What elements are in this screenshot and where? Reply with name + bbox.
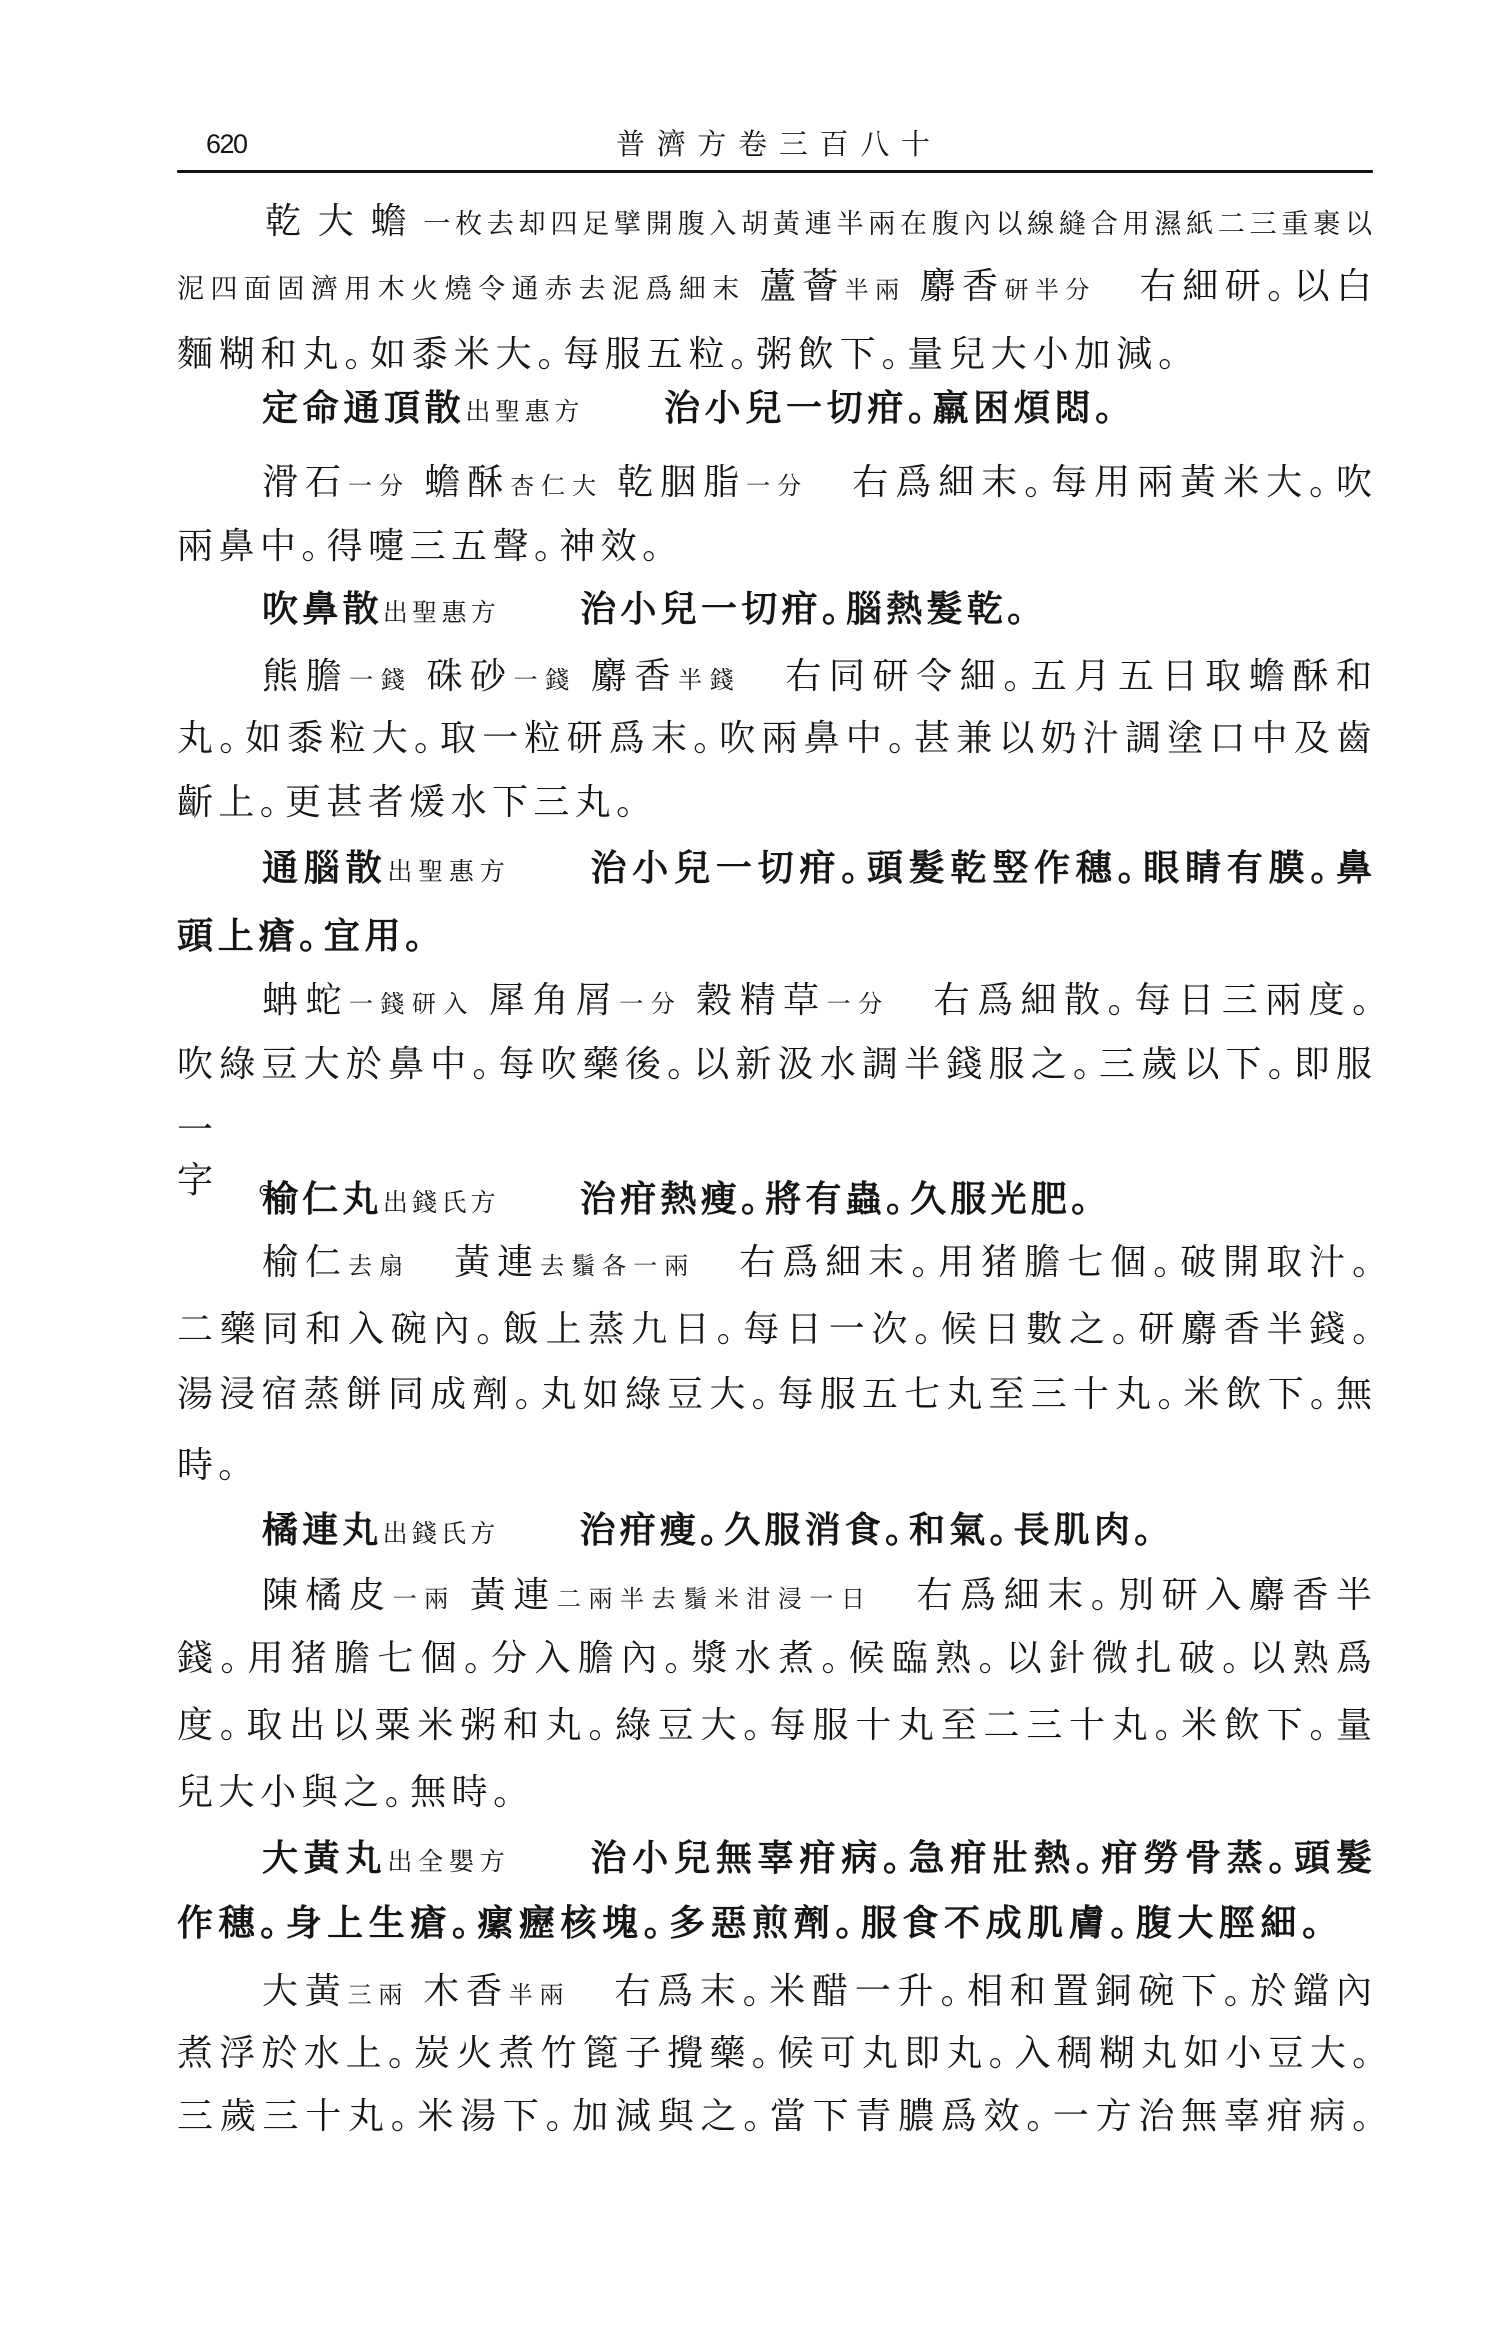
- instruction-text: 湯浸宿蒸餅同成劑。丸如綠豆大。每服五七丸至三十丸。米飲下。無: [177, 1374, 1372, 1415]
- ingredient-amount: 三兩: [348, 1981, 410, 2009]
- ingredient-name: 乾胭脂: [617, 462, 746, 503]
- instruction-text: 右爲細末。別研入麝香半: [917, 1575, 1372, 1616]
- ingredient-name: 大黃: [262, 1971, 348, 2012]
- ingredient-amount: 杏仁大: [510, 472, 603, 500]
- formula-source: 出聖惠方: [465, 397, 584, 426]
- formula-indication: 頭上瘡。宜用。: [177, 916, 425, 957]
- text-line: 一字。: [177, 1106, 278, 1156]
- formula-source: 出錢氏方: [383, 1188, 500, 1217]
- instruction-text: 二藥同和入碗內。飯上蒸九日。每日一次。候日數之。研麝香半錢。: [177, 1309, 1372, 1350]
- ingredient-name: 硃砂: [426, 656, 513, 697]
- text-line: 泥四面固濟用木火燒令通赤去泥爲細末蘆薈半兩麝香研半分右細研。以白: [177, 262, 1372, 312]
- formula-heading: 大黃丸出全嬰方治小兒無辜疳病。急疳壯熱。疳勞骨蒸。頭髮: [262, 1834, 1372, 1884]
- ingredient-name: 蟾酥: [424, 462, 510, 503]
- text-line: 兒大小與之。無時。: [177, 1768, 513, 1818]
- formula-indication: 作穗。身上生瘡。瘰癧核塊。多惡煎劑。服食不成肌膚。腹大脛細。: [177, 1903, 1322, 1944]
- ingredient-amount: 半兩: [509, 1981, 571, 2009]
- ingredient-amount: 半錢: [678, 666, 741, 694]
- ingredient-name: 乾大蟾: [265, 201, 423, 242]
- formula-source: 出聖惠方: [387, 857, 510, 886]
- formula-indication: 治小兒無辜疳病。急疳壯熱。疳勞骨蒸。頭髮: [591, 1838, 1372, 1879]
- instruction-text: 右同研令細。五月五日取蟾酥和: [785, 656, 1372, 697]
- instruction-text: 齗上。更甚者煖水下三丸。: [177, 782, 636, 823]
- ingredient-amount: 二兩半去鬚米泔浸一日: [557, 1585, 873, 1613]
- formula-heading: 榆仁丸出錢氏方治疳熱瘦。將有蟲。久服光肥。: [262, 1175, 1091, 1225]
- formula-heading: 橘連丸出錢氏方治疳瘦。久服消食。和氣。長肌肉。: [262, 1506, 1154, 1556]
- instruction-text: 右爲細末。每用兩黃米大。吹: [852, 462, 1372, 503]
- ingredient-name: 滑石: [262, 462, 348, 503]
- ingredient-line: 蚺蛇一錢研入犀角屑一分穀精草一分右爲細散。每日三兩度。: [262, 976, 1372, 1026]
- ingredient-name: 犀角屑: [489, 980, 619, 1021]
- ingredient-line: 榆仁去扇黃連去鬚各一兩右爲細末。用猪膽七個。破開取汁。: [262, 1238, 1372, 1288]
- formula-name: 榆仁丸: [262, 1179, 383, 1220]
- instruction-text: 吹綠豆大於鼻中。每吹藥後。以新汲水調半錢服之。三歲以下。即服: [177, 1044, 1372, 1085]
- formula-indication: 治疳瘦。久服消食。和氣。長肌肉。: [579, 1510, 1153, 1551]
- ingredient-line: 陳橘皮一兩黃連二兩半去鬚米泔浸一日右爲細末。別研入麝香半: [262, 1571, 1372, 1621]
- ingredient-amount: 一分: [827, 990, 890, 1018]
- ingredient-amount: 一分: [348, 472, 410, 500]
- instruction-text: 時。: [177, 1445, 238, 1486]
- ingredient-name: 黃連: [454, 1242, 540, 1283]
- formula-source: 出聖惠方: [383, 598, 500, 627]
- text-line: 錢。用猪膽七個。分入膽內。漿水煮。候臨熟。以針微扎破。以熟爲: [177, 1634, 1372, 1684]
- formula-source: 出全嬰方: [387, 1847, 510, 1876]
- formula-indication: 治疳熱瘦。將有蟲。久服光肥。: [580, 1179, 1091, 1220]
- ingredient-amount: 去鬚各一兩: [540, 1252, 695, 1280]
- formula-name: 通腦散: [262, 848, 387, 889]
- text-line: 湯浸宿蒸餅同成劑。丸如綠豆大。每服五七丸至三十丸。米飲下。無: [177, 1370, 1372, 1420]
- instruction-text: 兩鼻中。得嚏三五聲。神效。: [177, 526, 662, 567]
- ingredient-line: 滑石一分蟾酥杏仁大乾胭脂一分右爲細末。每用兩黃米大。吹: [262, 458, 1372, 508]
- text-line: 煮浮於水上。炭火煮竹篦子攪藥。候可丸即丸。入稠糊丸如小豆大。: [177, 2029, 1372, 2079]
- text-line: 兩鼻中。得嚏三五聲。神效。: [177, 522, 662, 572]
- formula-heading: 定命通頂散出聖惠方治小兒一切疳。羸困煩悶。: [262, 384, 1115, 434]
- page-number: 620: [206, 126, 247, 162]
- ingredient-name: 蚺蛇: [262, 980, 349, 1021]
- ingredient-amount: 一兩: [393, 1585, 456, 1613]
- instruction-text: 右爲細散。每日三兩度。: [934, 980, 1372, 1021]
- instruction-text: 錢。用猪膽七個。分入膽內。漿水煮。候臨熟。以針微扎破。以熟爲: [177, 1638, 1372, 1679]
- ingredient-amount: 一錢: [514, 666, 577, 694]
- formula-name: 大黃丸: [262, 1838, 387, 1879]
- text-line: 度。取出以粟米粥和丸。綠豆大。每服十丸至二三十丸。米飲下。量: [177, 1701, 1372, 1751]
- instruction-text: 兒大小與之。無時。: [177, 1772, 513, 1813]
- ingredient-note: 一枚去却四足擘開腹入胡黃連半兩在腹內以線縫合用濕紙二三重裹以: [423, 209, 1372, 240]
- ingredient-name: 麝香: [920, 266, 1005, 307]
- formula-heading-continued: 頭上瘡。宜用。: [177, 912, 425, 962]
- running-title: 普濟方卷三百八十: [616, 125, 930, 163]
- instruction-text: 麵糊和丸。如黍米大。每服五粒。粥飲下。量兒大小加減。: [177, 334, 1178, 375]
- formula-heading-continued: 作穗。身上生瘡。瘰癧核塊。多惡煎劑。服食不成肌膚。腹大脛細。: [177, 1899, 1322, 1949]
- formula-indication: 治小兒一切疳。頭髮乾竪作穗。眼睛有膜。鼻: [591, 848, 1372, 889]
- text-line: 時。: [177, 1441, 238, 1491]
- formula-name: 橘連丸: [262, 1510, 383, 1551]
- instruction-text: 度。取出以粟米粥和丸。綠豆大。每服十丸至二三十丸。米飲下。量: [177, 1705, 1372, 1746]
- text-line: 丸。如黍粒大。取一粒研爲末。吹兩鼻中。甚兼以奶汁調塗口中及齒: [177, 714, 1372, 764]
- ingredient-amount: 一分: [619, 990, 682, 1018]
- instruction-text: 右爲細末。用猪膽七個。破開取汁。: [739, 1242, 1372, 1283]
- ingredient-amount: 去扇: [348, 1252, 410, 1280]
- instruction-text: 三歲三十丸。米湯下。加減與之。當下青膿爲效。一方治無辜疳病。: [177, 2096, 1372, 2137]
- ingredient-name: 陳橘皮: [262, 1575, 393, 1616]
- instruction-text: 丸。如黍粒大。取一粒研爲末。吹兩鼻中。甚兼以奶汁調塗口中及齒: [177, 718, 1372, 759]
- ingredient-amount: 半兩: [845, 276, 906, 304]
- instruction-text: 右爲末。米醋一升。相和置銅碗下。於鐺內: [614, 1971, 1372, 2012]
- ingredient-note: 泥四面固濟用木火燒令通赤去泥爲細末: [177, 274, 746, 305]
- ingredient-name: 木香: [423, 1971, 509, 2012]
- formula-source: 出錢氏方: [383, 1519, 500, 1548]
- formula-heading: 吹鼻散出聖惠方治小兒一切疳。腦熱髮乾。: [262, 585, 1027, 635]
- text-line: 三歲三十丸。米湯下。加減與之。當下青膿爲效。一方治無辜疳病。: [177, 2092, 1372, 2142]
- text-line: 齗上。更甚者煖水下三丸。: [177, 778, 636, 828]
- ingredient-name: 麝香: [591, 656, 678, 697]
- ingredient-amount: 研半分: [1005, 276, 1096, 304]
- ingredient-amount: 一錢: [349, 666, 412, 694]
- formula-indication: 治小兒一切疳。腦熱髮乾。: [580, 589, 1027, 630]
- instruction-text: 煮浮於水上。炭火煮竹篦子攪藥。候可丸即丸。入稠糊丸如小豆大。: [177, 2033, 1372, 2074]
- book-page: 620 普濟方卷三百八十 乾大蟾一枚去却四足擘開腹入胡黃連半兩在腹內以線縫合用濕…: [0, 0, 1486, 2326]
- ingredient-name: 熊膽: [262, 656, 349, 697]
- formula-indication: 治小兒一切疳。羸困煩悶。: [664, 388, 1115, 429]
- formula-heading: 通腦散出聖惠方治小兒一切疳。頭髮乾竪作穗。眼睛有膜。鼻: [262, 844, 1372, 894]
- text-line: 麵糊和丸。如黍米大。每服五粒。粥飲下。量兒大小加減。: [177, 330, 1178, 380]
- text-line: 二藥同和入碗內。飯上蒸九日。每日一次。候日數之。研麝香半錢。: [177, 1305, 1372, 1355]
- ingredient-amount: 一分: [746, 472, 808, 500]
- ingredient-amount: 一錢研入: [349, 990, 475, 1018]
- ingredient-name: 蘆薈: [760, 266, 845, 307]
- ingredient-line: 熊膽一錢硃砂一錢麝香半錢右同研令細。五月五日取蟾酥和: [262, 652, 1372, 702]
- formula-name: 吹鼻散: [262, 589, 383, 630]
- ingredient-name: 榆仁: [262, 1242, 348, 1283]
- ingredient-name: 黃連: [470, 1575, 557, 1616]
- header-rule: [177, 170, 1373, 173]
- text-line: 乾大蟾一枚去却四足擘開腹入胡黃連半兩在腹內以線縫合用濕紙二三重裹以: [265, 197, 1372, 247]
- text-line: 吹綠豆大於鼻中。每吹藥後。以新汲水調半錢服之。三歲以下。即服: [177, 1040, 1372, 1090]
- instruction-text: 右細研。以白: [1140, 266, 1372, 307]
- ingredient-line: 大黃三兩木香半兩右爲末。米醋一升。相和置銅碗下。於鐺內: [262, 1967, 1372, 2017]
- ingredient-name: 穀精草: [696, 980, 826, 1021]
- formula-name: 定命通頂散: [262, 388, 465, 429]
